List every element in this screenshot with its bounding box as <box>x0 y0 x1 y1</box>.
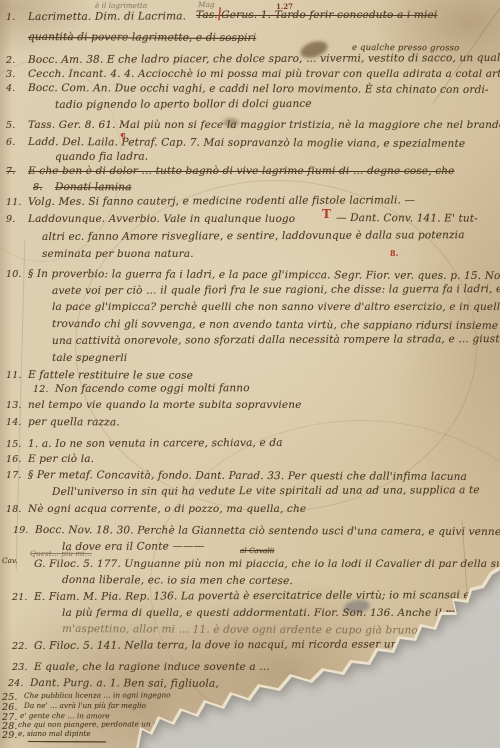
manuscript-line: per quella razza. <box>28 416 120 428</box>
line-number: 3. <box>6 69 15 80</box>
red-note-mark: 1.27 <box>276 2 293 11</box>
manuscript-line: avete voi per ciò … il quale fiorì fra l… <box>52 283 500 297</box>
manuscript-line: la più ferma di quella, e questi addorme… <box>62 607 478 619</box>
manuscript-line: altri ec. fanno Amore risvegliare, e sen… <box>42 229 465 243</box>
manuscript-line: § In proverbio: la guerra fa i ladri, e … <box>28 268 500 282</box>
line-number: 11. <box>6 370 22 381</box>
manuscript-line: tadio pignendo lo aperto bollor di dolci… <box>55 98 312 111</box>
manuscript-line: Bocc. Nov. 18. 30. Perchè la Giannetta c… <box>35 524 500 538</box>
line-number: 21. <box>12 592 28 603</box>
line-number: 24. <box>8 678 24 689</box>
red-cross-mark: T <box>322 207 331 221</box>
red-number-mark: 8. <box>390 248 398 258</box>
manuscript-line: m'aspettino, allor mi … 11. è dove ogni … <box>62 623 418 637</box>
manuscript-line: Bocc. Am. 38. E che ladro piacer, che do… <box>28 52 500 66</box>
line-number: 7. <box>6 166 15 177</box>
line-number: 10. <box>6 269 22 280</box>
line-number: 29. <box>2 730 18 741</box>
manuscript-line: Cav. <box>2 556 18 565</box>
line-number: 12. <box>33 384 49 395</box>
manuscript-line: Dant. Purg. a. 1. Ben sai, figliuola, <box>30 677 219 690</box>
manuscript-line: quando fia ladra. <box>55 151 148 163</box>
manuscript-line: Mag <box>198 0 215 9</box>
manuscript-line: Cecch. Incant. 4. 4. Acciocchè io mi pos… <box>28 68 500 80</box>
manuscript-line: Tas. Gerus. 1. Tardo ferir conceduto a i… <box>196 9 437 21</box>
line-number: 18. <box>6 504 22 515</box>
manuscript-line: seminata per buona natura. <box>42 248 194 260</box>
manuscript-line: E quale, che la ragione induce sovente a… <box>34 661 270 673</box>
line-number: 4. <box>6 83 15 94</box>
line-number: 6. <box>6 137 15 148</box>
manuscript-line: E fattele restituire le sue cose <box>28 369 193 382</box>
manuscript-scan: 1.Lacrimetta. Dim. di Lacrima.Tas. Gerus… <box>0 0 500 748</box>
manuscript-text-layer: 1.Lacrimetta. Dim. di Lacrima.Tas. Gerus… <box>0 0 500 748</box>
manuscript-line: donna liberale, ec. io sia men che corte… <box>62 574 293 587</box>
line-number: 2. <box>6 55 15 66</box>
manuscript-line: Ladd. Del. Laila. Petraf. Cap. 7. Mai so… <box>28 136 465 150</box>
line-number: 22. <box>12 641 28 652</box>
manuscript-line: Laddovunque. Avverbio. Vale in qualunque… <box>28 213 295 225</box>
manuscript-line: è il lagrimetta <box>95 1 147 10</box>
manuscript-line: Volg. Mes. Si fanno cauterj, e medicine … <box>28 194 415 208</box>
line-number: 13. <box>6 400 22 411</box>
manuscript-line: Non facendo come oggi molti fanno <box>55 382 250 395</box>
line-number: 1. <box>6 12 15 23</box>
red-paragraph-mark: ¶ <box>120 133 126 143</box>
manuscript-line: tale spegnerli <box>52 352 127 364</box>
manuscript-line: che qui non piangere, perdonate un mio <box>18 719 167 729</box>
manuscript-line: — Dant. Conv. 141. E' tut- <box>336 212 478 225</box>
manuscript-line: la pace gl'impicca? perchè quelli che no… <box>52 301 500 313</box>
manuscript-line: al Cavalii <box>240 546 274 555</box>
manuscript-line: trovando chi gli sovvenga, e non avendo … <box>52 318 500 332</box>
manuscript-paper-group: 1.Lacrimetta. Dim. di Lacrima.Tas. Gerus… <box>0 0 500 748</box>
line-number: 17. <box>6 470 22 481</box>
manuscript-line: una cattività onorevole, sono sforzati d… <box>52 333 500 347</box>
manuscript-line: ————————— <box>28 737 106 747</box>
manuscript-line: E che ben è di dolor … tutto bagnò di vi… <box>28 165 455 177</box>
line-number: 16. <box>6 454 22 465</box>
manuscript-line: Che pubblica licenza … in ogni ingegno <box>24 690 171 700</box>
line-number: 5. <box>6 120 15 131</box>
line-number: 23. <box>12 662 28 673</box>
manuscript-line: Bocc. Com. An. Due occhi vaghi, e caddi … <box>28 82 489 96</box>
manuscript-line: G. Filoc. 5. 177. Unguanne più non mi pi… <box>34 558 500 570</box>
manuscript-line: Quest… più mi… <box>30 549 92 558</box>
manuscript-line: nel tempo vie quando la morte subita sop… <box>28 399 302 411</box>
line-number: 15. <box>6 439 22 450</box>
manuscript-line: Tass. Ger. 8. 61. Mai più non si fece la… <box>28 119 500 131</box>
manuscript-line: Lacrimetta. Dim. di Lacrima. <box>28 10 186 23</box>
line-number: 14. <box>6 417 22 428</box>
manuscript-line: § Per metaf. Concavità, fondo. Dant. Par… <box>28 469 467 483</box>
line-number: 19. <box>13 525 29 536</box>
manuscript-line: 1. a. Io ne son venuta in carcere, schia… <box>28 437 283 450</box>
manuscript-line: Dell'universo in sin qui ha vedute Le vi… <box>52 484 480 498</box>
line-number: 9. <box>6 214 15 225</box>
manuscript-line: Donati lamina <box>55 181 132 193</box>
manuscript-paper: 1.Lacrimetta. Dim. di Lacrima.Tas. Gerus… <box>0 0 500 748</box>
manuscript-line: E. Fiam. M. Pia. Rep. 136. La povertà è … <box>34 589 500 603</box>
manuscript-line: E per ciò la. <box>28 453 94 465</box>
manuscript-line: quantità di povere lagrimette, e di sosp… <box>28 31 256 44</box>
manuscript-line: Nè ogni acqua corrente, o di pozzo, ma q… <box>28 503 306 515</box>
line-number: 11. <box>6 197 22 208</box>
line-number: 8. <box>33 182 42 193</box>
manuscript-line: Da ne' … avrà l'un più far meglio <box>24 701 146 710</box>
